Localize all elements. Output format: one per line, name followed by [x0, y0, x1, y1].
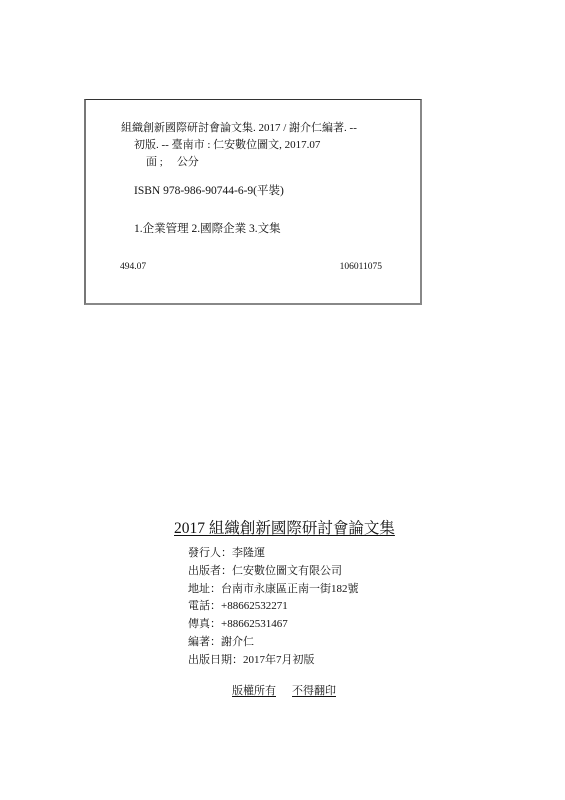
- row-value: 李隆運: [232, 547, 265, 559]
- editor-row: 編著：謝介仁: [188, 634, 359, 652]
- row-value: 仁安數位圖文有限公司: [232, 565, 342, 577]
- cip-pages-label: 面 ;: [146, 156, 163, 168]
- cip-record-number: 106011075: [340, 260, 382, 274]
- cip-pages-line: 面 ;公分: [146, 155, 199, 169]
- address-row: 地址：台南市永康區正南一街182號: [188, 581, 359, 599]
- publish-date-row: 出版日期：2017年7月初版: [188, 652, 359, 670]
- row-value: 台南市永康區正南一街182號: [221, 583, 359, 595]
- fax-row: 傳真：+88662531467: [188, 616, 359, 634]
- row-label: 出版日期：: [188, 654, 243, 666]
- copyright-text: 版權所有: [232, 685, 276, 697]
- no-reproduction-text: 不得翻印: [292, 685, 336, 697]
- publisher-person-row: 發行人：李隆運: [188, 545, 359, 563]
- cip-classification: 494.07: [120, 260, 146, 274]
- phone-row: 電話：+88662532271: [188, 598, 359, 616]
- cip-isbn: ISBN 978-986-90744-6-9(平裝): [134, 184, 284, 198]
- row-value: 2017年7月初版: [243, 654, 315, 666]
- colophon-title: 2017 組織創新國際研討會論文集: [174, 520, 395, 538]
- cip-edition-line: 初版. -- 臺南市 : 仁安數位圖文, 2017.07: [134, 138, 320, 152]
- row-label: 發行人：: [188, 547, 232, 559]
- publisher-row: 出版者：仁安數位圖文有限公司: [188, 563, 359, 581]
- row-value: +88662531467: [221, 618, 288, 630]
- colophon-info: 發行人：李隆運 出版者：仁安數位圖文有限公司 地址：台南市永康區正南一街182號…: [188, 545, 359, 670]
- cip-record-box: 組織創新國際研討會論文集. 2017 / 謝介仁編著. -- 初版. -- 臺南…: [84, 99, 422, 305]
- copyright-notice: 版權所有不得翻印: [232, 684, 336, 698]
- row-value: 謝介仁: [221, 636, 254, 648]
- cip-subjects: 1.企業管理 2.國際企業 3.文集: [134, 222, 281, 236]
- row-label: 編著：: [188, 636, 221, 648]
- cip-size-label: 公分: [177, 156, 199, 168]
- row-label: 電話：: [188, 600, 221, 612]
- row-label: 地址：: [188, 583, 221, 595]
- row-label: 出版者：: [188, 565, 232, 577]
- row-label: 傳真：: [188, 618, 221, 630]
- cip-title-line: 組織創新國際研討會論文集. 2017 / 謝介仁編著. --: [121, 121, 357, 135]
- row-value: +88662532271: [221, 600, 288, 612]
